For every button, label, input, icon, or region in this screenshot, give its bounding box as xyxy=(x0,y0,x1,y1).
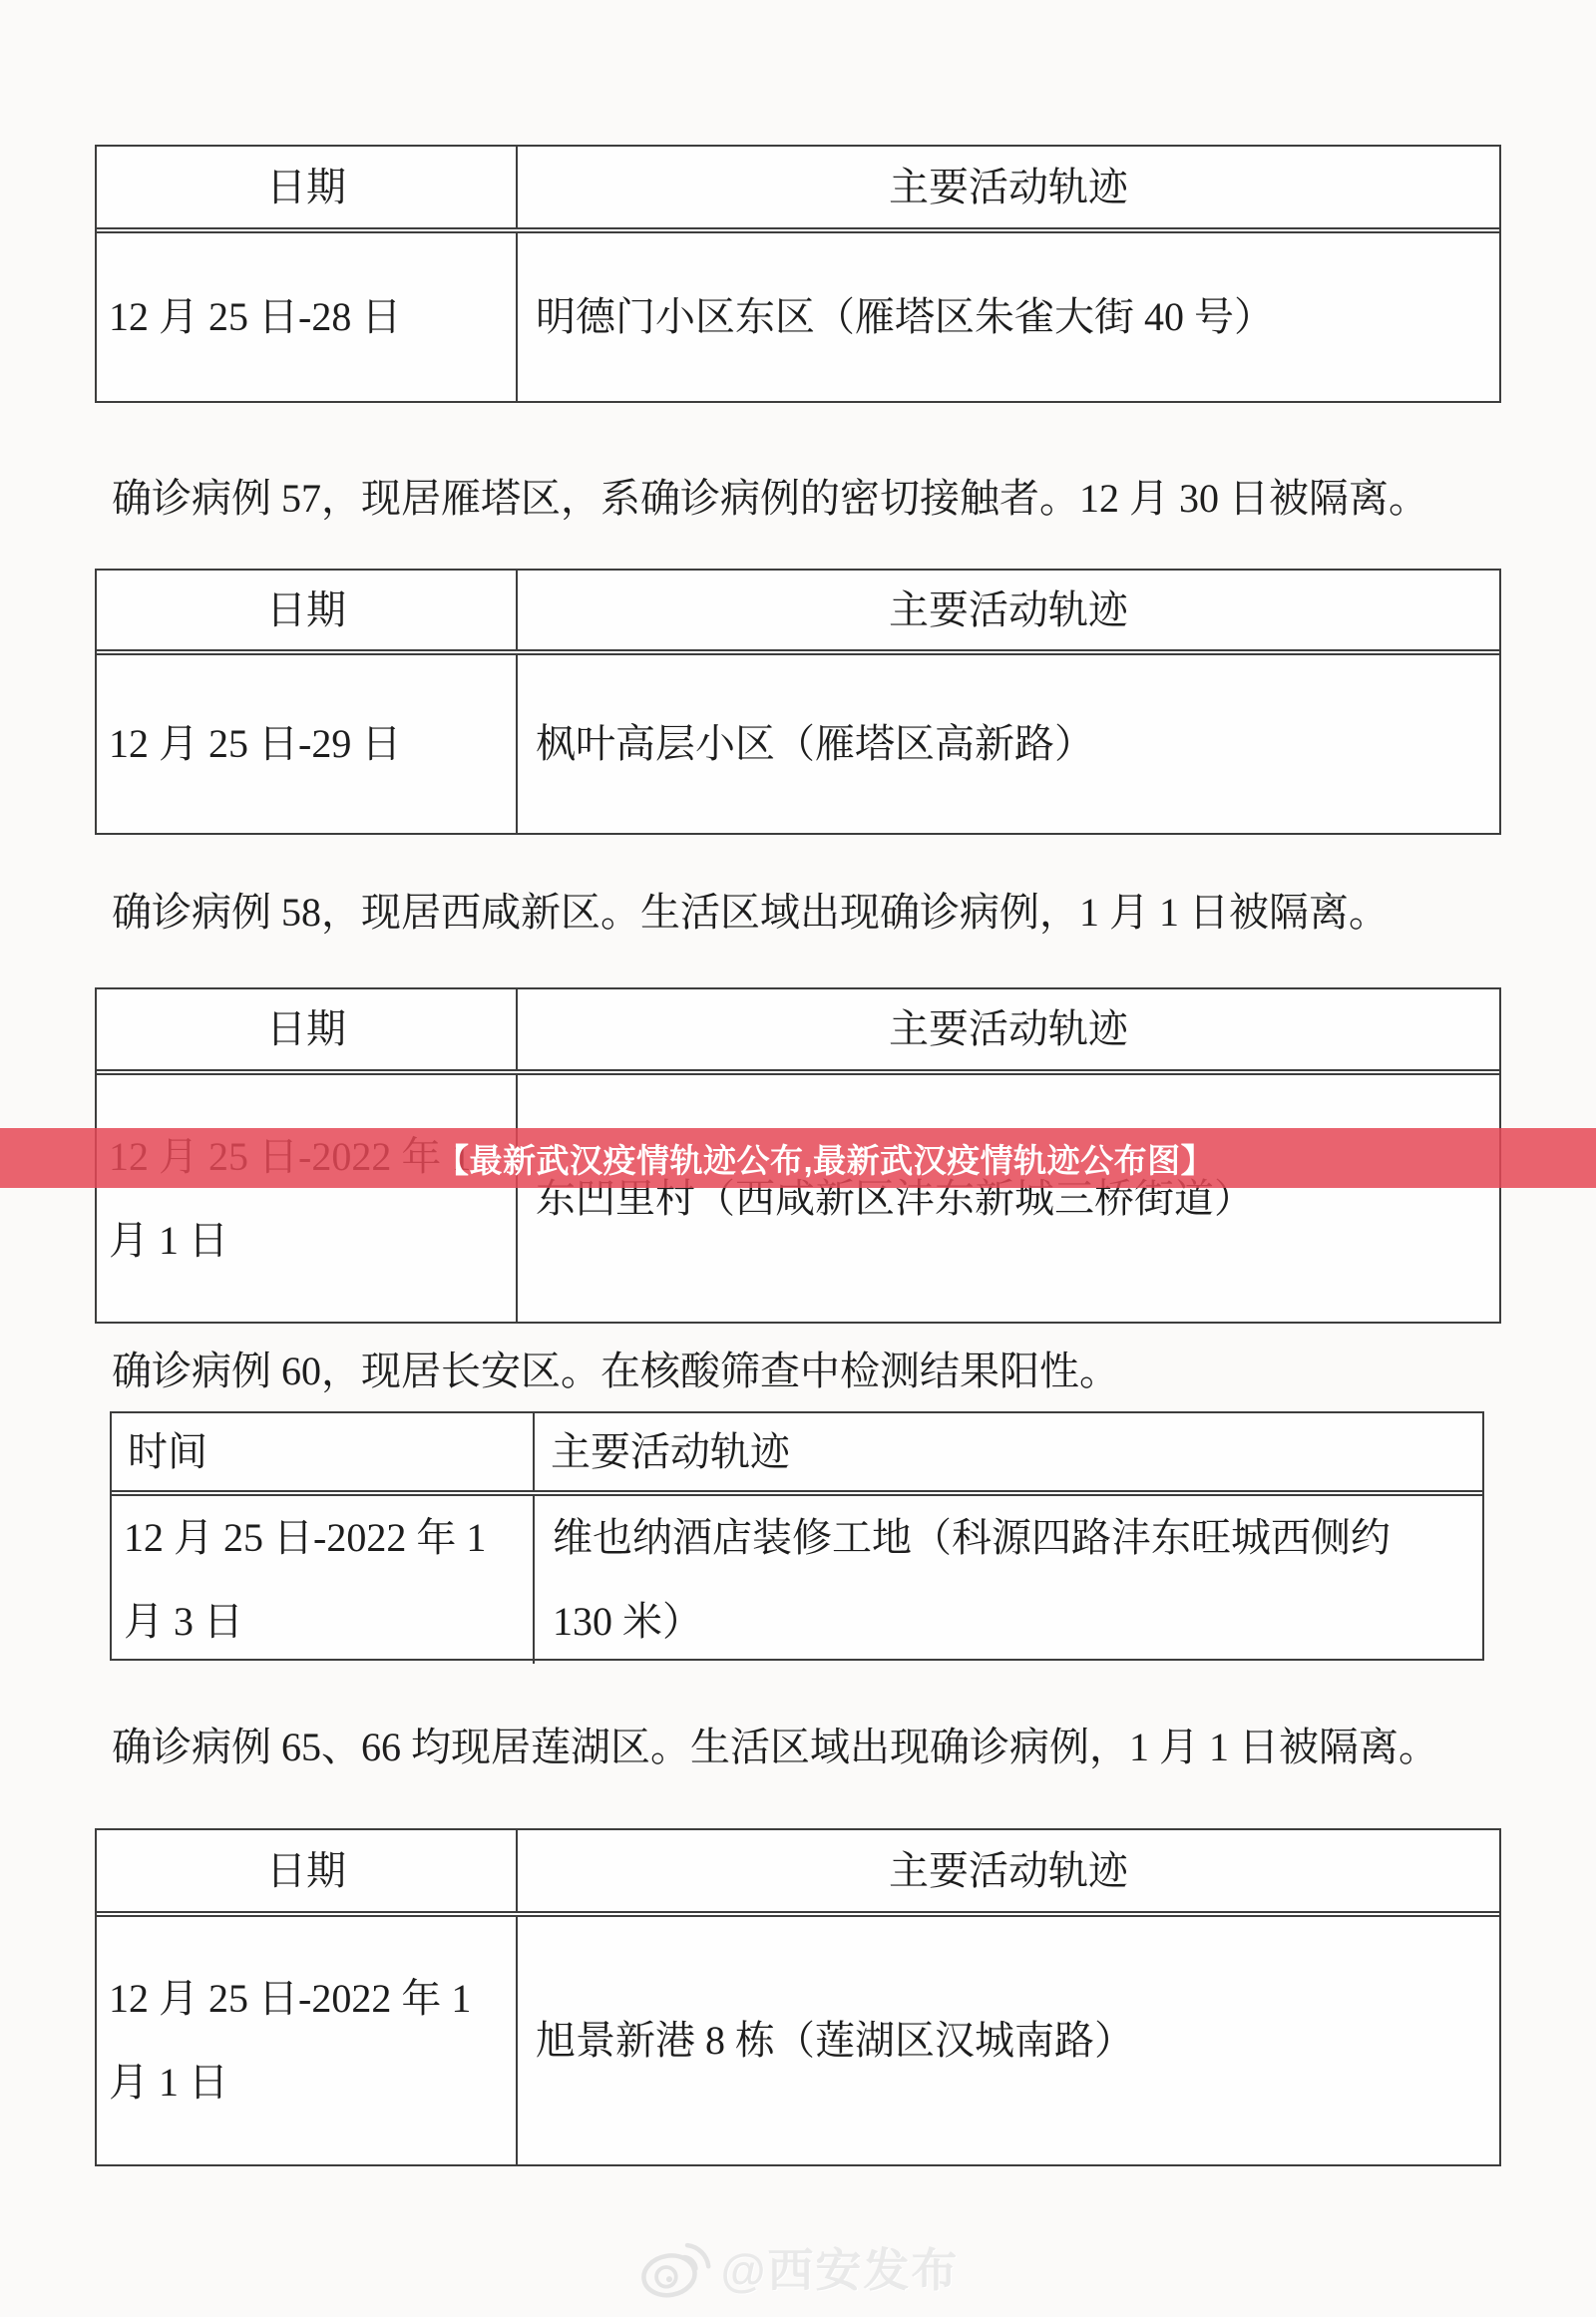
table-cell-date: 12 月 25 日-2022 年 1 月 3 日 xyxy=(112,1496,535,1664)
table-header-date: 日期 xyxy=(97,571,518,649)
trajectory-table-4: 时间 主要活动轨迹 12 月 25 日-2022 年 1 月 3 日 维也纳酒店… xyxy=(110,1411,1484,1661)
table-header-time: 时间 xyxy=(112,1413,535,1490)
table-header-row: 时间 主要活动轨迹 xyxy=(112,1413,1482,1496)
table-cell-track: 枫叶高层小区（雁塔区高新路） xyxy=(518,655,1499,833)
table-cell-date: 12 月 25 日-28 日 xyxy=(97,233,518,401)
case-65-66-description: 确诊病例 65、66 均现居莲湖区。生活区域出现确诊病例，1 月 1 日被隔离。 xyxy=(112,1722,1438,1773)
case-60-description: 确诊病例 60，现居长安区。在核酸筛查中检测结果阳性。 xyxy=(112,1346,1119,1397)
trajectory-table-1: 日期 主要活动轨迹 12 月 25 日-28 日 明德门小区东区（雁塔区朱雀大街… xyxy=(95,145,1501,403)
weibo-icon xyxy=(637,2233,713,2301)
table-header-track: 主要活动轨迹 xyxy=(518,989,1499,1069)
watermark: @西安发布 xyxy=(0,2227,1596,2307)
document-page: 日期 主要活动轨迹 12 月 25 日-28 日 明德门小区东区（雁塔区朱雀大街… xyxy=(0,0,1596,2317)
trajectory-table-5: 日期 主要活动轨迹 12 月 25 日-2022 年 1 月 1 日 旭景新港 … xyxy=(95,1828,1501,2166)
table-header-row: 日期 主要活动轨迹 xyxy=(97,989,1499,1075)
table-row: 12 月 25 日-2022 年 1 月 1 日 东凹里村（西咸新区沣东新城三桥… xyxy=(97,1075,1499,1322)
table-row: 12 月 25 日-2022 年 1 月 1 日 旭景新港 8 栋（莲湖区汉城南… xyxy=(97,1917,1499,2164)
table-cell-track: 旭景新港 8 栋（莲湖区汉城南路） xyxy=(518,1917,1499,2164)
table-header-date: 日期 xyxy=(97,989,518,1069)
table-row: 12 月 25 日-28 日 明德门小区东区（雁塔区朱雀大街 40 号） xyxy=(97,233,1499,401)
table-header-track: 主要活动轨迹 xyxy=(518,571,1499,649)
table-cell-track: 明德门小区东区（雁塔区朱雀大街 40 号） xyxy=(518,233,1499,401)
table-row: 12 月 25 日-29 日 枫叶高层小区（雁塔区高新路） xyxy=(97,655,1499,833)
table-row: 12 月 25 日-2022 年 1 月 3 日 维也纳酒店装修工地（科源四路沣… xyxy=(112,1496,1482,1664)
overlay-title-banner: 【最新武汉疫情轨迹公布,最新武汉疫情轨迹公布图】 xyxy=(0,1128,1596,1188)
table-cell-date: 12 月 25 日-2022 年 1 月 1 日 xyxy=(97,1075,518,1322)
table-header-date: 日期 xyxy=(97,1830,518,1911)
case-57-description: 确诊病例 57，现居雁塔区，系确诊病例的密切接触者。12 月 30 日被隔离。 xyxy=(112,473,1428,525)
table-cell-date: 12 月 25 日-29 日 xyxy=(97,655,518,833)
watermark-handle: @西安发布 xyxy=(721,2234,960,2300)
table-header-track: 主要活动轨迹 xyxy=(518,147,1499,227)
trajectory-table-2: 日期 主要活动轨迹 12 月 25 日-29 日 枫叶高层小区（雁塔区高新路） xyxy=(95,569,1501,835)
table-header-date: 日期 xyxy=(97,147,518,227)
table-header-row: 日期 主要活动轨迹 xyxy=(97,147,1499,233)
case-58-description: 确诊病例 58，现居西咸新区。生活区域出现确诊病例，1 月 1 日被隔离。 xyxy=(112,887,1389,939)
table-cell-date: 12 月 25 日-2022 年 1 月 1 日 xyxy=(97,1917,518,2164)
overlay-title-text: 【最新武汉疫情轨迹公布,最新武汉疫情轨迹公布图】 xyxy=(436,1135,1214,1182)
table-header-row: 日期 主要活动轨迹 xyxy=(97,1830,1499,1917)
table-header-track: 主要活动轨迹 xyxy=(535,1413,1482,1490)
table-header-track: 主要活动轨迹 xyxy=(518,1830,1499,1911)
table-cell-track: 维也纳酒店装修工地（科源四路沣东旺城西侧约 130 米） xyxy=(535,1496,1482,1664)
table-cell-track: 东凹里村（西咸新区沣东新城三桥街道） xyxy=(518,1075,1499,1322)
table-header-row: 日期 主要活动轨迹 xyxy=(97,571,1499,655)
